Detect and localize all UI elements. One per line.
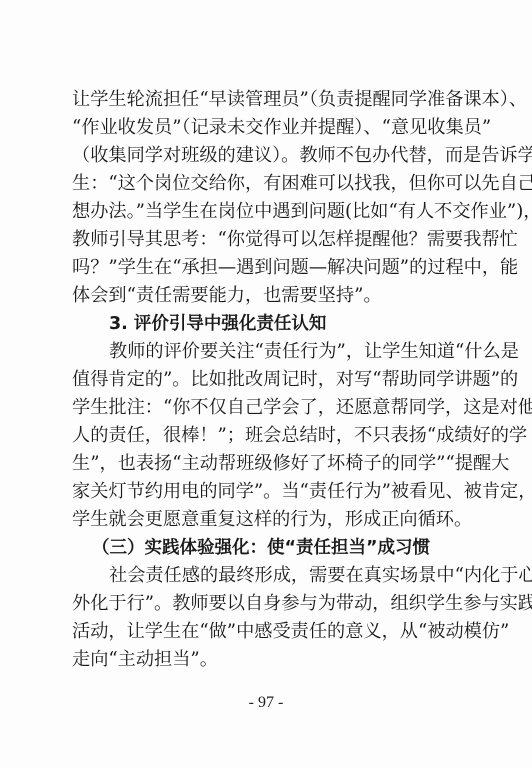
subsection-heading: 3. 评价引导中强化责任认知 bbox=[72, 310, 464, 338]
text-line: 教师引导其思考：“你觉得可以怎样提醒他？需要我帮忙 bbox=[72, 226, 464, 254]
text-line: 吗？”学生在“承担—遇到问题—解决问题”的过程中，能 bbox=[72, 254, 464, 282]
text-line: 生：“这个岗位交给你，有困难可以找我，但你可以先自己 bbox=[72, 170, 464, 198]
text-line: 生”，也表扬“主动帮班级修好了坏椅子的同学”“提醒大 bbox=[72, 450, 464, 478]
text-line: 活动，让学生在“做”中感受责任的意义，从“被动模仿” bbox=[72, 618, 464, 646]
text-line: 体会到“责任需要能力，也需要坚持”。 bbox=[72, 282, 464, 310]
text-line: 学生就会更愿意重复这样的行为，形成正向循环。 bbox=[72, 506, 464, 534]
text-line: 社会责任感的最终形成，需要在真实场景中“内化于心、 bbox=[72, 562, 464, 590]
body-text: 让学生轮流担任“早读管理员”（负责提醒同学准备课本）、 “作业收发员”（记录未交… bbox=[72, 86, 464, 674]
text-line: 走向“主动担当”。 bbox=[72, 646, 464, 674]
text-line: （收集同学对班级的建议）。教师不包办代替，而是告诉学 bbox=[72, 142, 464, 170]
section-heading: （三）实践体验强化：使“责任担当”成习惯 bbox=[72, 534, 464, 562]
text-line: “作业收发员”（记录未交作业并提醒）、“意见收集员” bbox=[72, 114, 464, 142]
text-line: 值得肯定的”。比如批改周记时，对写“帮助同学讲题”的 bbox=[72, 366, 464, 394]
text-line: 学生批注：“你不仅自己学会了，还愿意帮同学，这是对他 bbox=[72, 394, 464, 422]
text-line: 让学生轮流担任“早读管理员”（负责提醒同学准备课本）、 bbox=[72, 86, 464, 114]
document-page: 让学生轮流担任“早读管理员”（负责提醒同学准备课本）、 “作业收发员”（记录未交… bbox=[0, 0, 532, 768]
page-number: - 97 - bbox=[0, 694, 532, 712]
text-line: 教师的评价要关注“责任行为”，让学生知道“什么是 bbox=[72, 338, 464, 366]
text-line: 外化于行”。教师要以自身参与为带动，组织学生参与实践 bbox=[72, 590, 464, 618]
text-line: 家关灯节约用电的同学”。当“责任行为”被看见、被肯定， bbox=[72, 478, 464, 506]
text-line: 人的责任，很棒！”；班会总结时，不只表扬“成绩好的学 bbox=[72, 422, 464, 450]
text-line: 想办法。”当学生在岗位中遇到问题(比如“有人不交作业”)， bbox=[72, 198, 464, 226]
